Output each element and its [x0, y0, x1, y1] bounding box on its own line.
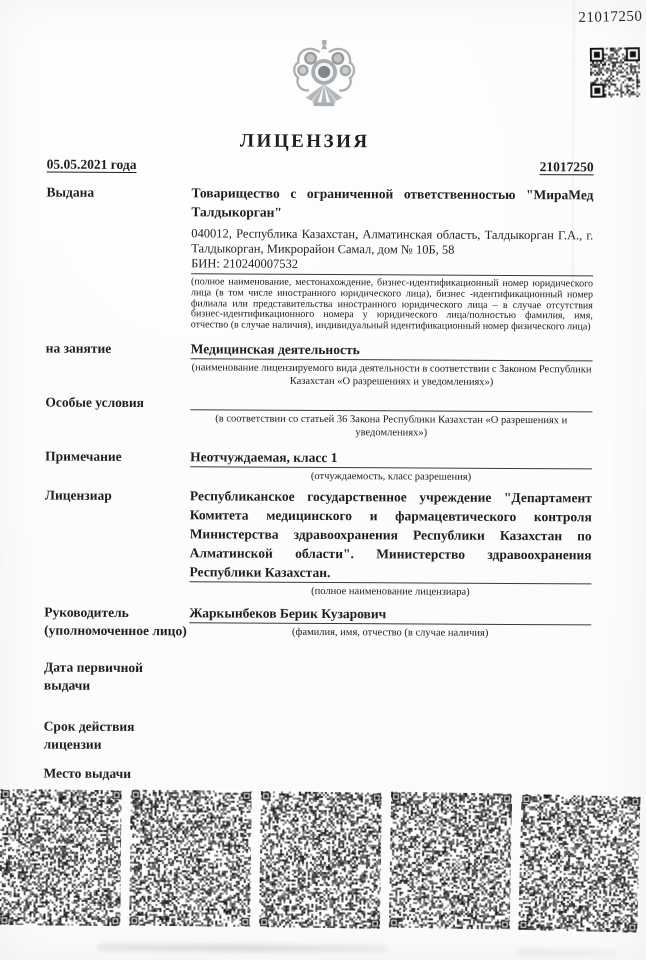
barcode-noise-block-icon	[389, 792, 512, 930]
scan-ghost-smudge	[518, 949, 618, 957]
head-note: (фамилия, имя, отчество (в случае наличи…	[189, 625, 591, 640]
issue-place-label: Место выдачи	[43, 764, 188, 784]
field-licensor: Лицензиар Республиканское государственно…	[44, 486, 592, 600]
remark-note: (отчуждаемость, класс разрешения)	[190, 469, 592, 484]
head-label: Руководитель (уполномоченное лицо)	[44, 603, 189, 641]
document-title: ЛИЦЕНЗИЯ	[0, 129, 628, 154]
field-first-issue-date: Дата первичной выдачи	[44, 658, 591, 698]
remark-label: Примечание	[45, 447, 190, 483]
licensee-bin: БИН: 210240007532	[191, 256, 593, 273]
licensor-label: Лицензиар	[44, 486, 190, 598]
barcode-noise-block-icon	[259, 791, 382, 929]
special-conditions-label: Особые условия	[45, 393, 190, 439]
activity-value: Медицинская деятельность	[191, 339, 593, 361]
special-conditions-value	[190, 393, 592, 412]
licensee-name: Товарищество с ограниченной ответственно…	[191, 183, 593, 223]
address-text: 040012, Республика Казахстан, Алматинска…	[191, 226, 593, 258]
activity-label: на занятие	[45, 339, 190, 388]
license-document: 21017250	[0, 0, 646, 960]
activity-note: (наименование лицензируемого вида деятел…	[190, 361, 592, 389]
field-validity-period: Срок действия лицензии	[44, 717, 591, 757]
field-remark: Примечание Неотчуждаемая, класс 1 (отчуж…	[45, 447, 592, 485]
license-number: 21017250	[540, 159, 594, 175]
scan-ghost-smudge	[98, 944, 388, 953]
barcode-noise-strip	[0, 789, 639, 928]
licensee-address: 040012, Республика Казахстан, Алматинска…	[191, 226, 593, 273]
barcode-noise-block-icon	[129, 790, 252, 927]
issued-to-label: Выдана	[46, 183, 192, 332]
license-fields: 05.05.2021 года 21017250 Выдана Товарище…	[43, 157, 593, 786]
licensor-note: (полное наименование лицензиара)	[189, 584, 591, 599]
qr-code-icon	[590, 47, 641, 98]
issue-date: 05.05.2021 года	[47, 157, 137, 173]
head-value: Жаркынбеков Берик Кузарович	[189, 603, 591, 625]
date-number-line: 05.05.2021 года 21017250	[47, 157, 594, 176]
remark-value: Неотчуждаемая, класс 1	[190, 447, 592, 469]
barcode-noise-block-icon	[518, 794, 640, 933]
field-activity: на занятие Медицинская деятельность (наи…	[45, 339, 592, 390]
field-issued-to: Выдана Товарищество с ограниченной ответ…	[46, 183, 594, 334]
licensor-value: Республиканское государственное учрежден…	[189, 486, 591, 584]
field-head: Руководитель (уполномоченное лицо) Жаркы…	[44, 603, 591, 643]
kazakhstan-coat-of-arms-icon	[286, 36, 362, 114]
validity-period-label: Срок действия лицензии	[44, 717, 189, 755]
field-special-conditions: Особые условия (в соответствии со статье…	[45, 393, 592, 441]
first-issue-date-label: Дата первичной выдачи	[44, 658, 189, 696]
barcode-noise-block-icon	[0, 789, 122, 926]
special-conditions-note: (в соответствии со статьей 36 Закона Рес…	[190, 412, 592, 440]
field-issue-place: Место выдачи	[43, 764, 590, 786]
issued-to-note: (полное наименование, местонахождение, б…	[191, 273, 593, 333]
